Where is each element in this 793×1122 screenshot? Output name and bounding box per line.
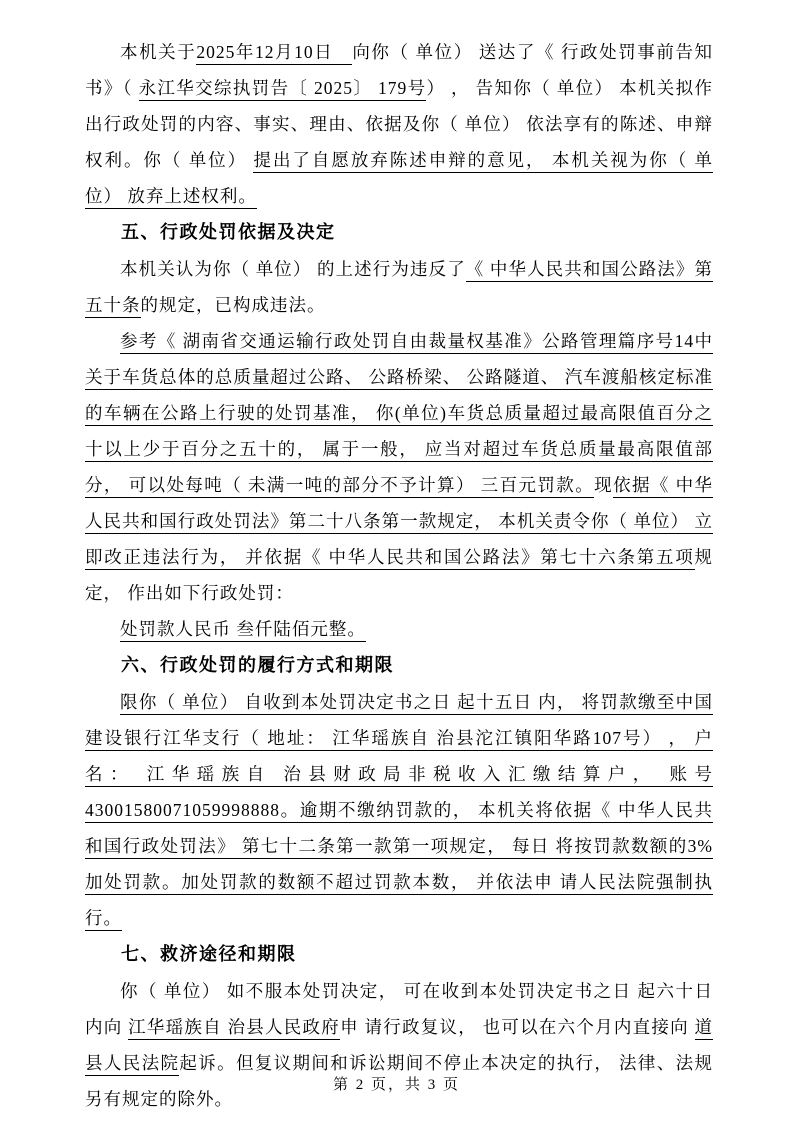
text-segment: 现: [594, 475, 613, 495]
text-segment: 的规定，已构成违法。: [141, 295, 326, 315]
paragraph-prior-notice: 本机关于2025年12月10日 向你（ 单位） 送达了《 行政处罚事前告知书》（…: [85, 34, 713, 214]
paragraph-fine-amount: 处罚款人民币 叁仟陆佰元整。: [85, 611, 713, 647]
text-segment: 申 请行政复议， 也可以在六个月内直接向: [340, 1017, 694, 1037]
section-heading-remedy: 七、救济途径和期限: [85, 936, 713, 973]
document-body: 本机关于2025年12月10日 向你（ 单位） 送达了《 行政处罚事前告知书》（…: [85, 34, 713, 1117]
underlined-segment: 2025年12月10日: [196, 42, 352, 65]
underlined-segment: 永江华交综执罚告〔 2025〕 179号: [139, 78, 427, 101]
page-footer: 第 2 页，共 3 页: [0, 1073, 793, 1094]
section-heading-penalty-basis: 五、行政处罚依据及决定: [85, 214, 713, 251]
text-segment: 本机关于: [120, 42, 196, 62]
paragraph-discretion-standard: 参考《 湖南省交通运输行政处罚自由裁量权基准》公路管理篇序号14中关于车货总体的…: [85, 323, 713, 611]
underlined-segment: 处罚款人民币 叁仟陆佰元整。: [120, 619, 366, 642]
underlined-segment: 参考《 湖南省交通运输行政处罚自由裁量权基准》公路管理篇序号14中关于车货总体的…: [85, 331, 713, 498]
document-page: 本机关于2025年12月10日 向你（ 单位） 送达了《 行政处罚事前告知书》（…: [0, 0, 793, 1122]
underlined-segment: 江华瑶族自 治县人民政府: [128, 1017, 340, 1040]
paragraph-violation: 本机关认为你（ 单位） 的上述行为违反了《 中华人民共和国公路法》第五十条的规定…: [85, 251, 713, 323]
underlined-segment: 限你（ 单位） 自收到本处罚决定书之日 起十五日 内， 将罚款缴至中国建设银行江…: [85, 692, 713, 931]
underlined-segment: 《 中华人民共和国公路法》第七十六条第五项: [303, 547, 694, 570]
paragraph-payment-details: 限你（ 单位） 自收到本处罚决定书之日 起十五日 内， 将罚款缴至中国建设银行江…: [85, 684, 713, 936]
paragraph-remedy-details: 你（ 单位） 如不服本处罚决定， 可在收到本处罚决定书之日 起六十日 内向 江华…: [85, 973, 713, 1117]
section-heading-payment-method: 六、行政处罚的履行方式和期限: [85, 647, 713, 684]
text-segment: 本机关认为你（ 单位） 的上述行为违反了: [120, 259, 466, 279]
